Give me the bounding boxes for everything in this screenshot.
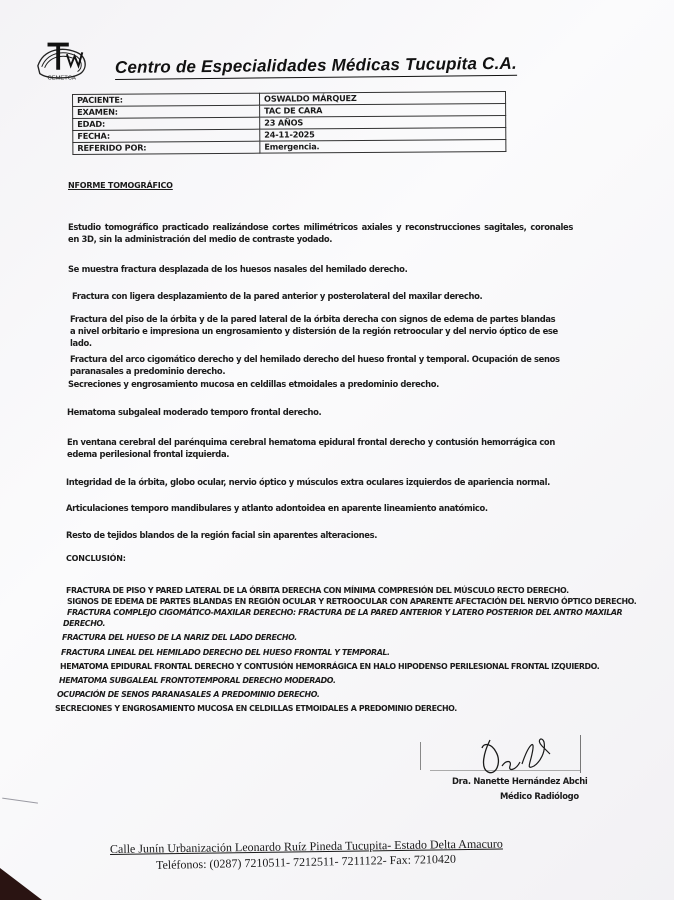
conclusion-title: CONCLUSIÓN: (66, 554, 126, 563)
report-title: NFORME TOMOGRÁFICO (68, 181, 173, 190)
conclusion-item: OCUPACIÓN DE SENOS PARANASALES A PREDOMI… (57, 689, 320, 700)
organization-name: Centro de Especialidades Médicas Tucupit… (115, 54, 517, 80)
report-paragraph: Fractura del piso de la órbita y de la p… (70, 313, 560, 349)
conclusion-item: HEMATOMA SUBGALEAL FRONTOTEMPORAL DERECH… (59, 675, 336, 686)
referred-by-label: REFERIDO POR: (73, 141, 260, 154)
handwritten-signature-icon (470, 732, 560, 777)
report-paragraph: En ventana cerebral del parénquima cereb… (67, 436, 567, 460)
table-row: REFERIDO POR: Emergencia. (73, 139, 506, 154)
doctor-title: Médico Radiólogo (500, 791, 579, 801)
conclusion-item: SECRECIONES Y ENGROSAMIENTO MUCOSA EN CE… (55, 703, 457, 714)
svg-text:CEMETCA: CEMETCA (48, 75, 76, 81)
signature-stamp-border (580, 735, 581, 773)
report-paragraph: Hematoma subgaleal moderado temporo fron… (67, 406, 572, 418)
referred-by-value: Emergencia. (260, 139, 506, 153)
scan-corner-shadow (0, 868, 42, 900)
signature-stamp-border (420, 742, 421, 770)
conclusion-item: HEMATOMA EPIDURAL FRONTAL DERECHO Y CONT… (60, 661, 599, 672)
conclusion-item: FRACTURA LINEAL DEL HEMILADO DERECHO DEL… (61, 647, 390, 658)
scanned-report-page: CEMETCA Centro de Especialidades Médicas… (0, 0, 674, 900)
report-paragraph: Fractura del arco cigomático derecho y d… (70, 353, 560, 377)
tcm-logo-icon: CEMETCA (34, 40, 92, 82)
conclusion-item: FRACTURA COMPLEJO CIGOMÁTICO-MAXILAR DER… (67, 607, 622, 618)
conclusion-item: FRACTURA DEL HUESO DE LA NARIZ DEL LADO … (62, 632, 297, 643)
report-paragraph: Articulaciones temporo mandibulares y at… (66, 502, 571, 514)
report-paragraph: Se muestra fractura desplazada de los hu… (68, 263, 573, 275)
conclusion-item: DERECHO. (63, 618, 105, 629)
doctor-name: Dra. Nanette Hernández Abchi (452, 776, 587, 786)
report-paragraph: Fractura con ligera desplazamiento de la… (72, 290, 577, 302)
conclusion-item: FRACTURA DE PISO Y PARED LATERAL DE LA Ó… (66, 585, 569, 596)
paper-crease (0, 798, 38, 834)
conclusion-item: SIGNOS DE EDEMA DE PARTES BLANDAS EN REG… (67, 596, 636, 607)
report-paragraph: Integridad de la órbita, globo ocular, n… (66, 476, 571, 488)
report-paragraph: Resto de tejidos blandos de la región fa… (66, 529, 571, 541)
report-paragraph: Estudio tomográfico practicado realizánd… (68, 221, 573, 245)
patient-info-table: PACIENTE: OSWALDO MÁRQUEZ EXAMEN: TAC DE… (72, 91, 506, 155)
report-paragraph: Secreciones y engrosamiento mucosa en ce… (68, 378, 573, 390)
